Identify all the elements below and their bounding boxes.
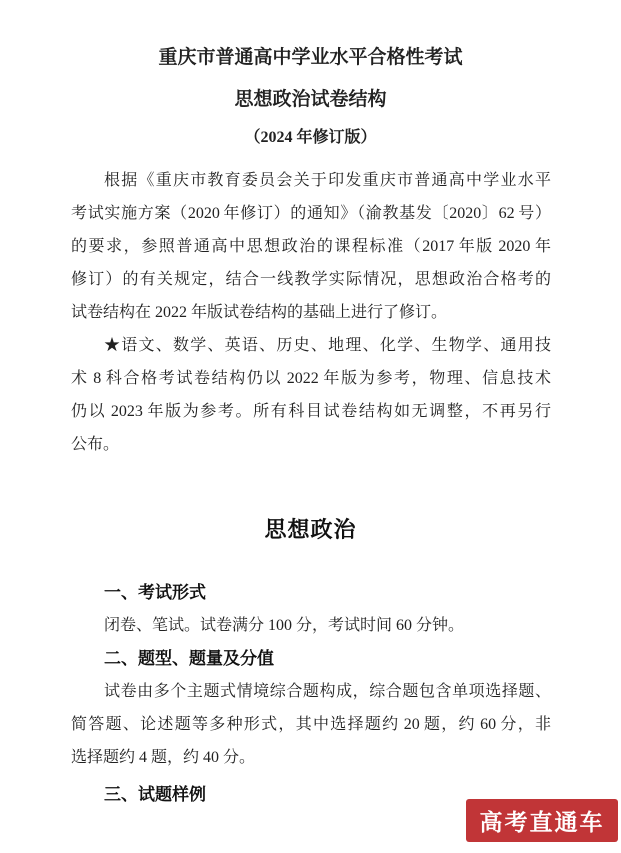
note-line: 术 8 科合格考试卷结构仍以 2022 年版为参考，物理、信息技术 — [71, 362, 551, 395]
section-body-line: 选择题约 4 题，约 40 分。 — [71, 741, 551, 774]
note-line: ★语文、数学、英语、历史、地理、化学、生物学、通用技 — [71, 329, 551, 362]
note-line: 公布。 — [71, 428, 551, 461]
document-page: 重庆市普通高中学业水平合格性考试 思想政治试卷结构 （2024 年修订版） 根据… — [0, 0, 621, 853]
section-body-line: 简答题、论述题等多种形式，其中选择题约 20 题，约 60 分，非 — [71, 708, 551, 741]
paragraph-line: 根据《重庆市教育委员会关于印发重庆市普通高中学业水平 — [71, 164, 551, 197]
exam-structure-section: 一、考试形式 闭卷、笔试。试卷满分 100 分，考试时间 60 分钟。 二、题型… — [71, 576, 551, 811]
paragraph-line: 考试实施方案（2020 年修订）的通知》（渝教基发〔2020〕62 号） — [71, 197, 551, 230]
section-body-line: 试卷由多个主题式情境综合题构成，综合题包含单项选择题、 — [71, 675, 551, 708]
doc-edition: （2024 年修订版） — [0, 126, 621, 150]
doc-subtitle: 思想政治试卷结构 — [0, 86, 621, 114]
paragraph-line: 试卷结构在 2022 年版试卷结构的基础上进行了修订。 — [71, 296, 551, 329]
brand-watermark-label: 高考直通车 — [480, 804, 605, 837]
subject-heading: 思想政治 — [0, 513, 621, 546]
section-heading-question-types: 二、题型、题量及分值 — [71, 642, 551, 675]
note-line: 仍以 2023 年版为参考。所有科目试卷结构如无调整，不再另行 — [71, 395, 551, 428]
section-body-line: 闭卷、笔试。试卷满分 100 分，考试时间 60 分钟。 — [71, 609, 551, 642]
paragraph-line: 修订）的有关规定，结合一线教学实际情况，思想政治合格考的 — [71, 263, 551, 296]
paragraph-line: 的要求，参照普通高中思想政治的课程标准（2017 年版 2020 年 — [71, 230, 551, 263]
brand-watermark-badge: 高考直通车 — [466, 799, 618, 842]
doc-title: 重庆市普通高中学业水平合格性考试 — [0, 44, 621, 72]
intro-section: 根据《重庆市教育委员会关于印发重庆市普通高中学业水平 考试实施方案（2020 年… — [71, 164, 551, 461]
section-heading-exam-format: 一、考试形式 — [71, 576, 551, 609]
